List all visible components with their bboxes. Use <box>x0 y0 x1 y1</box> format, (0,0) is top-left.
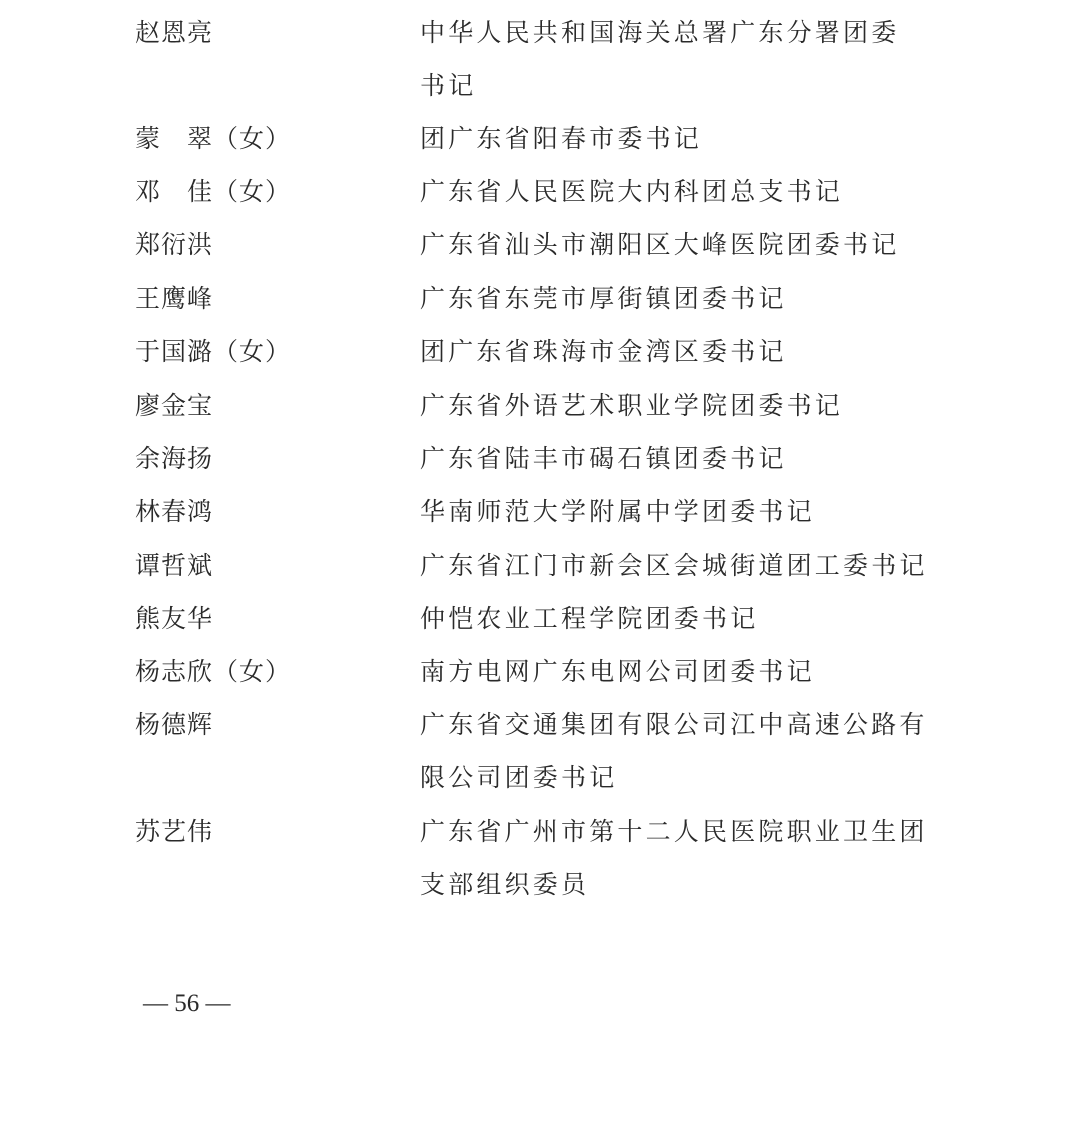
position-title: 广东省人民医院大内科团总支书记 <box>420 165 843 218</box>
page-number: — 56 — <box>143 986 231 1022</box>
person-name: 谭哲斌 <box>135 539 213 592</box>
person-name: 廖金宝 <box>135 379 213 432</box>
position-title: 仲恺农业工程学院团委书记 <box>420 592 758 645</box>
position-title: 团广东省珠海市金湾区委书记 <box>420 325 787 378</box>
position-line: 仲恺农业工程学院团委书记 <box>420 592 758 645</box>
list-item: 林春鸿 华南师范大学附属中学团委书记 <box>0 485 1065 538</box>
list-item: 余海扬 广东省陆丰市碣石镇团委书记 <box>0 432 1065 485</box>
person-name: 杨德辉 <box>135 698 213 751</box>
person-name: 邓 佳（女） <box>135 165 291 218</box>
list-item: 杨德辉 广东省交通集团有限公司江中高速公路有 限公司团委书记 <box>0 698 1065 751</box>
position-line: 广东省外语艺术职业学院团委书记 <box>420 379 843 432</box>
position-line: 广东省陆丰市碣石镇团委书记 <box>420 432 787 485</box>
list-item: 廖金宝 广东省外语艺术职业学院团委书记 <box>0 379 1065 432</box>
person-name: 王鹰峰 <box>135 272 213 325</box>
position-title: 南方电网广东电网公司团委书记 <box>420 645 815 698</box>
position-line: 广东省广州市第十二人民医院职业卫生团 <box>420 805 928 858</box>
list-item: 熊友华 仲恺农业工程学院团委书记 <box>0 592 1065 645</box>
person-name: 熊友华 <box>135 592 213 645</box>
position-title: 团广东省阳春市委书记 <box>420 112 702 165</box>
person-name: 于国潞（女） <box>135 325 291 378</box>
position-line: 书记 <box>420 59 899 112</box>
list-item: 苏艺伟 广东省广州市第十二人民医院职业卫生团 支部组织委员 <box>0 805 1065 858</box>
position-line: 华南师范大学附属中学团委书记 <box>420 485 815 538</box>
position-line: 广东省人民医院大内科团总支书记 <box>420 165 843 218</box>
position-line: 广东省江门市新会区会城街道团工委书记 <box>420 539 928 592</box>
list-item: 于国潞（女） 团广东省珠海市金湾区委书记 <box>0 325 1065 378</box>
position-title: 广东省汕头市潮阳区大峰医院团委书记 <box>420 218 899 271</box>
person-name: 赵恩亮 <box>135 6 213 59</box>
position-line: 团广东省珠海市金湾区委书记 <box>420 325 787 378</box>
list-item: 邓 佳（女） 广东省人民医院大内科团总支书记 <box>0 165 1065 218</box>
position-title: 中华人民共和国海关总署广东分署团委 书记 <box>420 6 899 112</box>
list-item: 谭哲斌 广东省江门市新会区会城街道团工委书记 <box>0 539 1065 592</box>
position-title: 华南师范大学附属中学团委书记 <box>420 485 815 538</box>
position-title: 广东省东莞市厚街镇团委书记 <box>420 272 787 325</box>
person-name: 林春鸿 <box>135 485 213 538</box>
position-line: 限公司团委书记 <box>420 751 928 804</box>
list-item: 蒙 翠（女） 团广东省阳春市委书记 <box>0 112 1065 165</box>
position-line: 支部组织委员 <box>420 858 928 911</box>
person-name: 苏艺伟 <box>135 805 213 858</box>
position-title: 广东省陆丰市碣石镇团委书记 <box>420 432 787 485</box>
position-line: 中华人民共和国海关总署广东分署团委 <box>420 6 899 59</box>
list-item: 杨志欣（女） 南方电网广东电网公司团委书记 <box>0 645 1065 698</box>
list-item: 赵恩亮 中华人民共和国海关总署广东分署团委 书记 <box>0 6 1065 59</box>
document-page: 赵恩亮 中华人民共和国海关总署广东分署团委 书记 蒙 翠（女） 团广东省阳春市委… <box>0 0 1065 1147</box>
position-title: 广东省外语艺术职业学院团委书记 <box>420 379 843 432</box>
person-name: 余海扬 <box>135 432 213 485</box>
list-item: 郑衍洪 广东省汕头市潮阳区大峰医院团委书记 <box>0 218 1065 271</box>
position-title: 广东省广州市第十二人民医院职业卫生团 支部组织委员 <box>420 805 928 911</box>
position-line: 广东省东莞市厚街镇团委书记 <box>420 272 787 325</box>
list-item: 王鹰峰 广东省东莞市厚街镇团委书记 <box>0 272 1065 325</box>
person-name: 蒙 翠（女） <box>135 112 291 165</box>
person-name: 郑衍洪 <box>135 218 213 271</box>
position-line: 团广东省阳春市委书记 <box>420 112 702 165</box>
position-line: 南方电网广东电网公司团委书记 <box>420 645 815 698</box>
position-title: 广东省交通集团有限公司江中高速公路有 限公司团委书记 <box>420 698 928 804</box>
person-name: 杨志欣（女） <box>135 645 291 698</box>
position-line: 广东省汕头市潮阳区大峰医院团委书记 <box>420 218 899 271</box>
position-line: 广东省交通集团有限公司江中高速公路有 <box>420 698 928 751</box>
position-title: 广东省江门市新会区会城街道团工委书记 <box>420 539 928 592</box>
